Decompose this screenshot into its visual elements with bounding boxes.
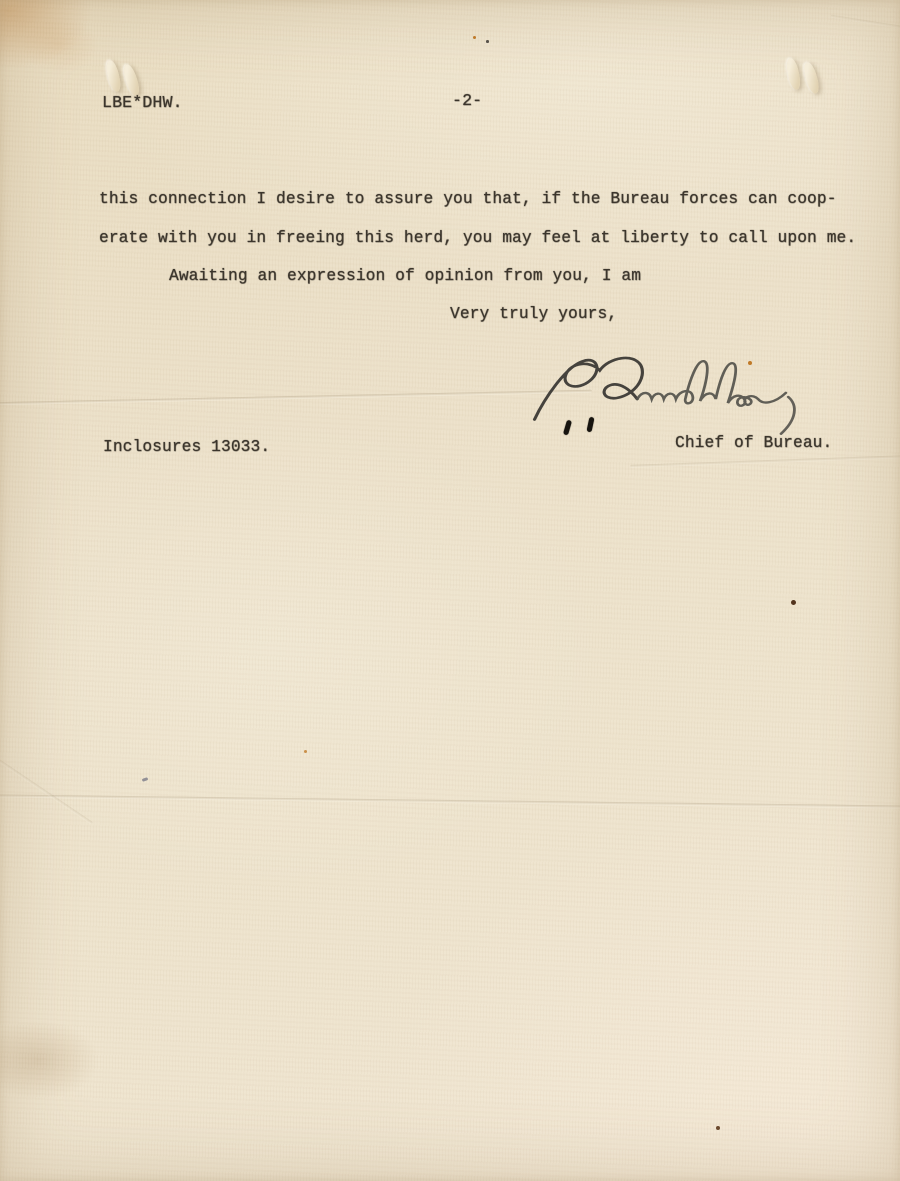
reference-code: LBE*DHW. (102, 93, 183, 112)
ink-speck (716, 1126, 720, 1130)
embossed-mark (121, 63, 141, 97)
ink-speck (486, 40, 489, 43)
letter-sheet: LBE*DHW. -2- this connection I desire to… (0, 0, 900, 1181)
fold-crease-top-right-corner (830, 15, 900, 33)
body-line: erate with you in freeing this herd, you… (99, 229, 856, 247)
signature-title: Chief of Bureau. (675, 434, 832, 452)
ink-speck (304, 750, 307, 753)
fold-crease-left-diagonal (0, 738, 93, 824)
valediction: Very truly yours, (450, 305, 617, 323)
page-number: -2- (452, 91, 482, 110)
ink-speck (142, 777, 149, 782)
embossed-mark (785, 57, 802, 91)
fold-crease-upper-right (630, 455, 900, 468)
embossed-mark (802, 61, 821, 95)
ink-speck (473, 36, 476, 39)
ink-speck (791, 600, 796, 605)
embossed-mark (104, 59, 122, 93)
body-line: this connection I desire to assure you t… (99, 190, 837, 208)
enclosures-note: Inclosures 13033. (103, 438, 270, 456)
fold-crease-upper-left (0, 390, 592, 406)
body-line: Awaiting an expression of opinion from y… (169, 267, 641, 285)
fold-crease-lower (0, 794, 900, 808)
